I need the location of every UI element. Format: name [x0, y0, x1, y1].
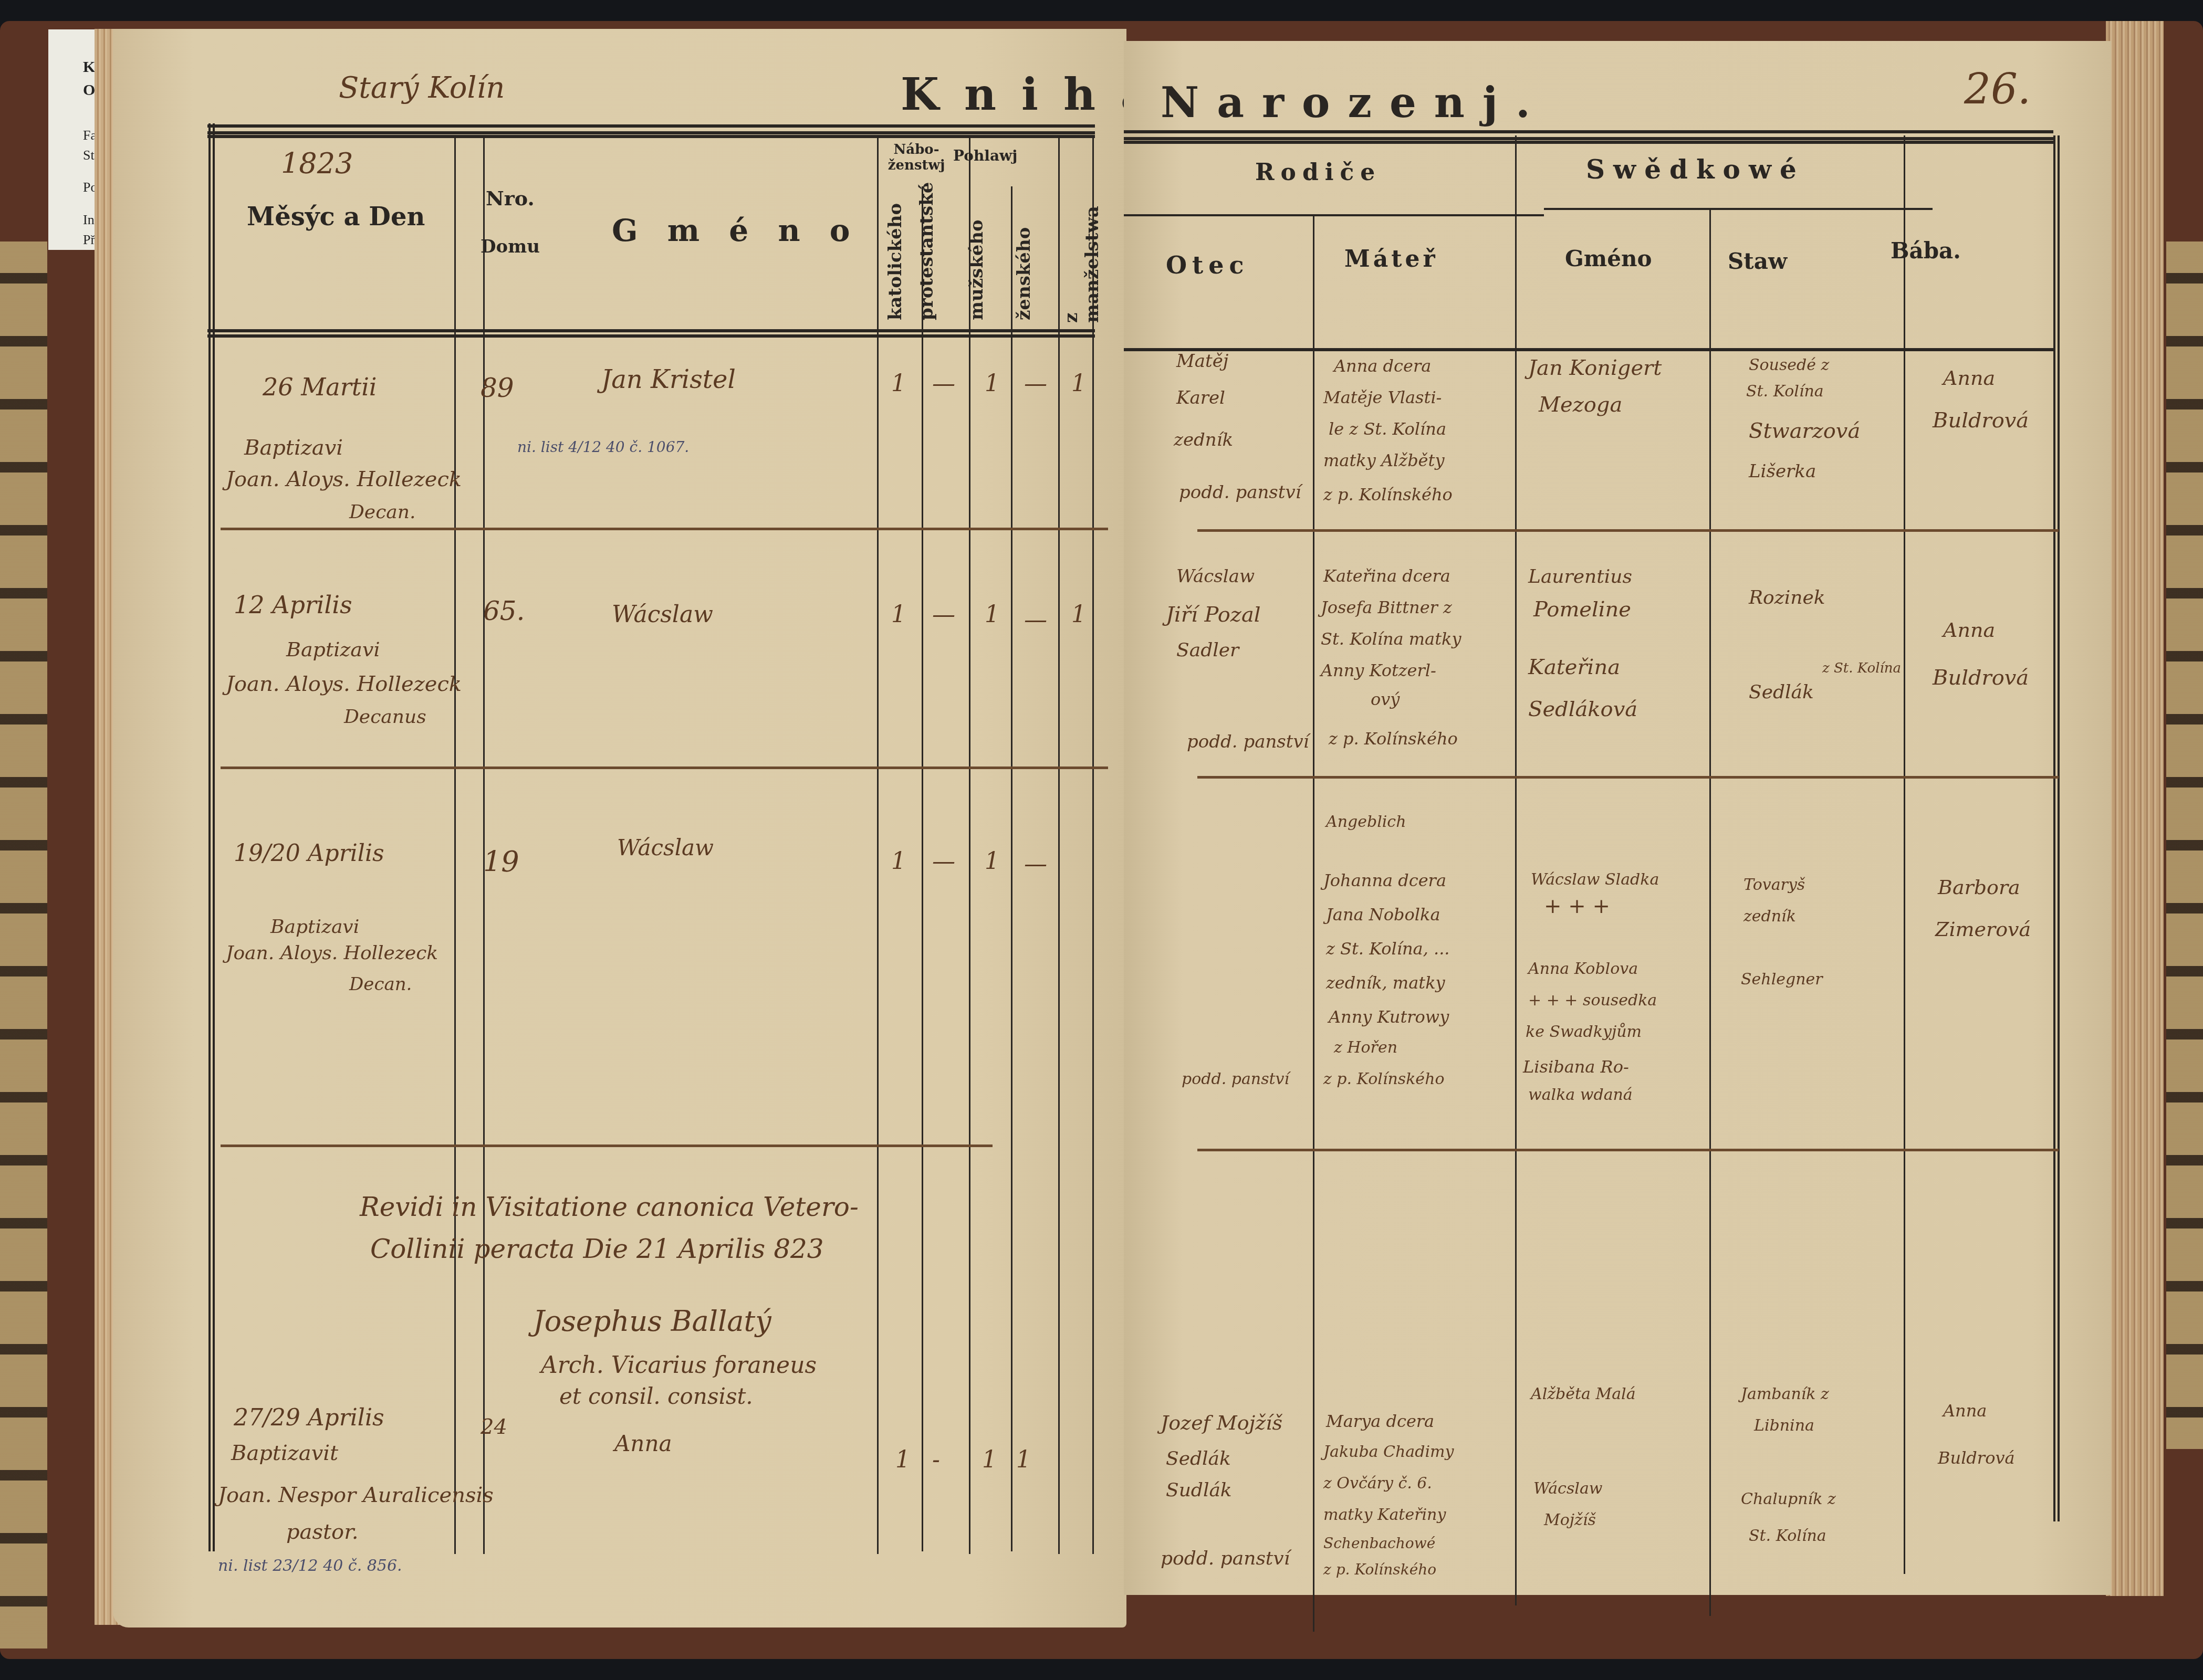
- mark-male: 1: [985, 601, 999, 628]
- witness-status-line: z St. Kolína: [1822, 660, 1901, 676]
- mark-legitimate: 1: [1071, 370, 1086, 397]
- entry-baptizer: Joan. Aloys. Hollezeck: [226, 672, 462, 696]
- witness-status-line: Sedlák: [1749, 681, 1814, 703]
- mother-line: z p. Kolínského: [1323, 1561, 1436, 1578]
- witness-status-line: Rozinek: [1749, 587, 1825, 608]
- witness-status-line: Sousedé z: [1749, 356, 1829, 374]
- midwife-line: Anna: [1943, 1401, 1987, 1421]
- col-rule: [454, 136, 456, 1554]
- entry-note: ni. list 23/12 40 č. 856.: [218, 1557, 402, 1575]
- marbled-endpaper-left: [0, 241, 47, 1648]
- father-line: Sudlák: [1166, 1479, 1232, 1501]
- header-catholic: katolického: [885, 210, 906, 320]
- signature-title: et consil. consist.: [559, 1383, 753, 1409]
- mother-line: Anny Kutrowy: [1329, 1007, 1449, 1027]
- entry-baptizer: Decan.: [349, 501, 415, 523]
- header-female: ženského: [1014, 210, 1035, 320]
- entry-baptizer: Joan. Aloys. Hollezeck: [226, 467, 462, 491]
- entry-baptizer: pastor.: [286, 1520, 359, 1544]
- witness-name-line: walka wdaná: [1528, 1086, 1633, 1104]
- mother-line: Jana Nobolka: [1326, 905, 1440, 925]
- col-rule: [969, 136, 970, 1554]
- running-title-right: Narozenj.: [1161, 78, 1548, 127]
- col-rule: [1058, 136, 1060, 1554]
- mother-line: Angeblich: [1326, 813, 1406, 831]
- mark-protestant: —: [932, 848, 955, 875]
- mark-female: —: [1024, 850, 1047, 877]
- mother-line: z p. Kolínského: [1323, 485, 1453, 505]
- father-line: Karel: [1176, 387, 1225, 408]
- header-religion: Nábo-ženstwj: [885, 142, 948, 173]
- mark-catholic: 1: [891, 848, 906, 875]
- parents-subrule: [1124, 214, 1544, 216]
- entry-date: 27/29 Aprilis: [234, 1404, 384, 1431]
- mother-line: Marya dcera: [1326, 1411, 1434, 1431]
- entry-date: 12 Aprilis: [234, 591, 352, 619]
- entry-house-no: 89: [481, 373, 514, 403]
- visitation-line: Collinii peracta Die 21 Aprilis 823: [370, 1234, 824, 1264]
- mother-line: Schenbachowé: [1323, 1535, 1435, 1552]
- witness-status-line: St. Kolína: [1746, 382, 1824, 401]
- witness-name-line: + + + sousedka: [1528, 991, 1657, 1010]
- header-house-bottom: Domu: [481, 236, 540, 257]
- entry-name: Anna: [614, 1431, 672, 1456]
- witness-status-line: Lišerka: [1749, 461, 1816, 482]
- col-rule: [1313, 214, 1314, 1632]
- left-border: [208, 123, 215, 1551]
- header-witnesses: Swědkowé: [1586, 154, 1805, 185]
- header-witness-name: Gméno: [1565, 246, 1652, 271]
- header-top-rule: [1124, 130, 2053, 144]
- witness-name-line: Sedláková: [1528, 697, 1637, 721]
- left-page: Starý Kolín Kniha 1823 Měsýc a Den Nro. …: [113, 29, 1126, 1627]
- header-sex: Pohlawj: [953, 147, 1017, 164]
- row-rule: [1197, 776, 2059, 779]
- col-rule: [1092, 136, 1094, 1554]
- mark-protestant: —: [932, 370, 955, 397]
- header-name: G m é n o: [612, 213, 859, 248]
- father-line: podd. panství: [1179, 482, 1301, 503]
- witness-status-line: Tovaryš: [1743, 876, 1805, 894]
- mark-female: 1: [1016, 1446, 1031, 1473]
- entry-baptizer: Baptizavi: [270, 916, 359, 938]
- witness-name-line: Mezoga: [1539, 393, 1622, 417]
- mark-legitimate: 1: [1071, 601, 1086, 628]
- entry-date: 26 Martii: [263, 373, 377, 401]
- header-date: Měsýc a Den: [247, 202, 425, 232]
- row-rule: [1197, 529, 2059, 532]
- mother-line: matky Alžběty: [1323, 450, 1444, 470]
- witness-name-line: Jan Konigert: [1528, 356, 1662, 380]
- header-parents: Rodiče: [1255, 159, 1381, 186]
- mother-line: zedník, matky: [1326, 973, 1445, 993]
- midwife-line: Anna: [1943, 618, 1995, 642]
- header-house-top: Nro.: [486, 186, 535, 210]
- entry-house-no: 24: [481, 1415, 507, 1439]
- mother-line: Johanna dcera: [1323, 870, 1446, 890]
- mother-line: z Ovčáry č. 6.: [1323, 1474, 1432, 1493]
- col-rule: [1515, 135, 1517, 1605]
- midwife-line: Buldrová: [1933, 408, 2029, 433]
- entry-name: Jan Kristel: [601, 365, 736, 394]
- mother-line: z St. Kolína, ...: [1326, 939, 1449, 959]
- entry-baptizer: Baptizavi: [244, 436, 343, 460]
- father-line: zedník: [1174, 429, 1233, 450]
- witness-status-line: St. Kolína: [1749, 1527, 1826, 1545]
- mother-line: ový: [1371, 689, 1400, 709]
- father-line: Matěj: [1176, 351, 1228, 372]
- header-midwife: Bába.: [1891, 238, 1961, 264]
- row-rule: [1197, 1149, 2059, 1151]
- mother-line: matky Kateřiny: [1323, 1506, 1446, 1524]
- mother-line: z p. Kolínského: [1323, 1070, 1445, 1088]
- row-rule: [221, 1144, 993, 1147]
- header-mother: Máteř: [1344, 246, 1438, 272]
- witness-status-line: Libnina: [1754, 1416, 1814, 1435]
- mark-protestant: -: [932, 1446, 940, 1473]
- witness-status-line: Stwarzová: [1749, 419, 1860, 443]
- mother-line: St. Kolína matky: [1321, 629, 1461, 649]
- entry-house-no: 65.: [483, 596, 525, 626]
- col-rule: [1709, 209, 1711, 1616]
- mark-catholic: 1: [891, 370, 906, 397]
- witness-name-line: Lisibana Ro-: [1523, 1057, 1629, 1077]
- father-line: podd. panství: [1182, 1070, 1289, 1088]
- right-border: [2053, 135, 2060, 1521]
- entry-baptizer: Baptizavit: [231, 1441, 338, 1465]
- father-line: Sadler: [1176, 639, 1239, 661]
- witness-name-line: Alžběta Malá: [1531, 1385, 1636, 1403]
- header-bottom-rule: [1124, 348, 2053, 351]
- entry-note: ni. list 4/12 40 č. 1067.: [517, 438, 689, 456]
- col-rule: [922, 186, 923, 1551]
- witness-name-line: Wácslaw Sladka: [1531, 870, 1659, 889]
- father-line: podd. panství: [1161, 1548, 1290, 1569]
- father-line: Sedlák: [1166, 1448, 1231, 1469]
- page-number: 26.: [1964, 65, 2031, 113]
- entry-baptizer: Decan.: [349, 974, 412, 995]
- witness-name-line: Kateřina: [1528, 655, 1620, 679]
- mark-catholic: 1: [895, 1446, 910, 1473]
- mark-male: 1: [985, 370, 999, 397]
- page-edges-right: [2106, 21, 2164, 1596]
- year: 1823: [281, 147, 353, 180]
- mark-female: —: [1024, 606, 1047, 633]
- entry-baptizer: Joan. Nespor Auralicensis: [218, 1483, 494, 1507]
- entry-baptizer: Baptizavi: [286, 638, 380, 661]
- mark-male: 1: [982, 1446, 997, 1473]
- header-top-rule: [207, 124, 1095, 138]
- right-page: Narozenj. 26. Rodiče Swědkowé Otec Máteř…: [1124, 41, 2111, 1595]
- header-bottom-rule: [207, 329, 1095, 338]
- witness-name-line: + + +: [1544, 894, 1610, 918]
- entry-name: Wácslaw: [617, 835, 714, 860]
- witnesses-subrule: [1544, 208, 1933, 210]
- father-line: Jozef Mojžíš: [1161, 1411, 1282, 1434]
- header-witness-status: Staw: [1728, 248, 1787, 274]
- entry-baptizer: Joan. Aloys. Hollezeck: [226, 942, 438, 964]
- midwife-line: Buldrová: [1933, 666, 2029, 690]
- place-note: Starý Kolín: [339, 71, 505, 105]
- midwife-line: Barbora: [1938, 876, 2020, 899]
- midwife-line: Buldrová: [1938, 1448, 2015, 1468]
- visitation-line: Revidi in Visitatione canonica Vetero-: [360, 1192, 859, 1222]
- entry-date: 19/20 Aprilis: [234, 840, 384, 867]
- witness-name-line: Pomeline: [1533, 597, 1631, 622]
- witness-name-line: ke Swadkyjům: [1526, 1023, 1642, 1041]
- mark-catholic: 1: [891, 601, 906, 628]
- witness-name-line: Mojžíš: [1544, 1511, 1596, 1529]
- mother-line: Anna dcera: [1334, 356, 1431, 376]
- midwife-line: Zimerová: [1935, 918, 2031, 941]
- witness-name-line: Wácslaw: [1533, 1479, 1602, 1498]
- header-legitimate: z manželstwa: [1061, 202, 1103, 323]
- col-rule: [1904, 135, 1905, 1574]
- midwife-line: Anna: [1943, 366, 1995, 390]
- father-line: Jiří Pozal: [1166, 603, 1261, 627]
- col-rule: [1011, 186, 1012, 1551]
- mother-line: Jakuba Chadimy: [1323, 1443, 1454, 1461]
- header-father: Otec: [1166, 251, 1249, 279]
- mark-female: —: [1024, 370, 1047, 397]
- witness-status-line: Jambaník z: [1741, 1385, 1829, 1403]
- mother-line: le z St. Kolína: [1329, 419, 1446, 439]
- witness-status-line: zedník: [1743, 907, 1796, 926]
- witness-status-line: Chalupník z: [1741, 1490, 1836, 1508]
- witness-name-line: Laurentius: [1528, 566, 1632, 587]
- col-rule: [877, 136, 879, 1554]
- father-line: podd. panství: [1187, 731, 1309, 752]
- mother-line: Kateřina dcera: [1323, 566, 1450, 586]
- entry-baptizer: Decanus: [344, 706, 426, 728]
- witness-name-line: Anna Koblova: [1528, 960, 1638, 978]
- signature-title: Arch. Vicarius foraneus: [541, 1352, 817, 1379]
- mark-protestant: —: [932, 601, 955, 628]
- witness-status-line: Sehlegner: [1741, 970, 1823, 989]
- row-rule: [221, 766, 1108, 769]
- mother-line: z p. Kolínského: [1329, 729, 1458, 749]
- mother-line: Anny Kotzerl-: [1321, 660, 1436, 680]
- father-line: Wácslaw: [1176, 566, 1255, 587]
- signature-name: Josephus Ballatý: [533, 1305, 771, 1338]
- header-protestant: protestantské: [916, 210, 937, 320]
- row-rule: [221, 528, 1108, 530]
- marbled-endpaper-right: [2166, 241, 2203, 1449]
- entry-house-no: 19: [483, 845, 519, 878]
- mother-line: Josefa Bittner z: [1321, 597, 1452, 617]
- mother-line: Matěje Vlasti-: [1323, 387, 1442, 407]
- mother-line: z Hořen: [1334, 1038, 1397, 1057]
- mark-male: 1: [985, 848, 999, 875]
- entry-name: Wácslaw: [612, 601, 713, 628]
